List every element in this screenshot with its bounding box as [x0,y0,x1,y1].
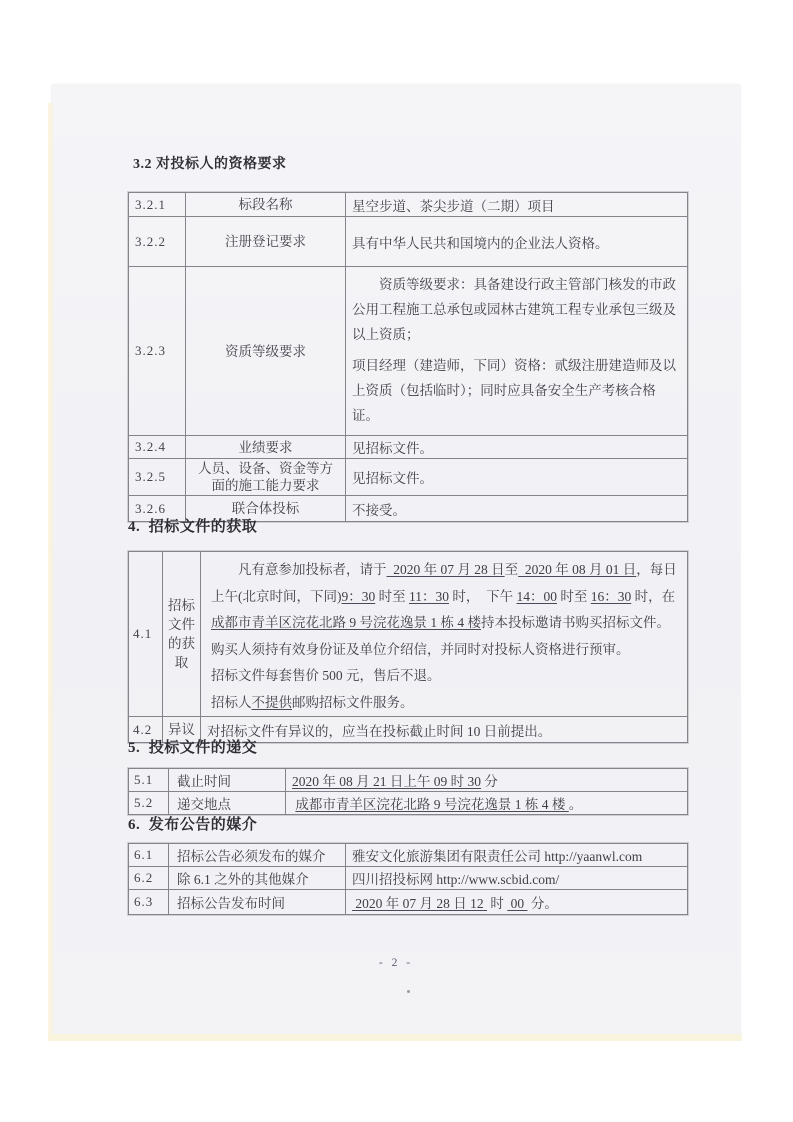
announcement-media-table: 6.1 招标公告必须发布的媒介 雅安文化旅游集团有限责任公司 http://ya… [128,843,688,915]
table-row: 3.2.3 资质等级要求 资质等级要求：具备建设行政主管部门核发的市政公用工程施… [129,267,688,436]
obtain-paragraph-3: 招标人不提供邮购招标文件服务。 [211,690,679,717]
table-row: 6.3 招标公告发布时间 2020 年 07 月 28 日 12 时 00 分。 [129,890,688,915]
qualification-paragraph-1: 资质等级要求：具备建设行政主管部门核发的市政公用工程施工总承包或园林古建筑工程专… [352,272,681,347]
table-row: 3.2.1 标段名称 星空步道、茶尖步道（二期）项目 [129,193,688,217]
row-label: 业绩要求 [186,436,346,459]
row-content: 资质等级要求：具备建设行政主管部门核发的市政公用工程施工总承包或园林古建筑工程专… [346,267,688,436]
section-3-2-heading: 3.2 对投标人的资格要求 [133,153,287,173]
table-row: 4.1 招标文件的获取 凡有意参加投标者，请于 2020 年 07 月 28 日… [129,552,688,717]
row-label: 注册登记要求 [186,217,346,267]
row-id: 3.2.1 [129,193,186,217]
row-id: 3.2.4 [129,436,186,459]
page-number: - 2 - [52,957,740,969]
document-obtaining-table: 4.1 招标文件的获取 凡有意参加投标者，请于 2020 年 07 月 28 日… [128,551,688,743]
row-content: 2020 年 07 月 28 日 12 时 00 分。 [346,890,688,915]
document-page: 3.2 对投标人的资格要求 3.2.1 标段名称 星空步道、茶尖步道（二期）项目… [52,85,740,1035]
row-label: 截止时间 [169,769,286,792]
row-content: 见招标文件。 [346,459,688,496]
row-label: 招标公告发布时间 [169,890,346,915]
scan-ink-speck [407,990,410,993]
table-row: 3.2.2 注册登记要求 具有中华人民共和国境内的企业法人资格。 [129,217,688,267]
row-id: 3.2.2 [129,217,186,267]
row-label: 招标文件的获取 [163,552,201,717]
row-content: 四川招投标网 http://www.scbid.com/ [346,867,688,890]
table-row: 6.2 除 6.1 之外的其他媒介 四川招投标网 http://www.scbi… [129,867,688,890]
row-id: 3.2.5 [129,459,186,496]
table-row: 5.1 截止时间 2020 年 08 月 21 日上午 09 时 30 分 [129,769,688,792]
row-id: 6.3 [129,890,169,915]
row-label: 标段名称 [186,193,346,217]
row-label: 招标公告必须发布的媒介 [169,844,346,867]
row-content: 对招标文件有异议的，应当在投标截止时间 10 日前提出。 [201,717,688,743]
row-label: 递交地点 [169,792,286,815]
row-id: 6.1 [129,844,169,867]
row-content: 见招标文件。 [346,436,688,459]
row-id: 6.2 [129,867,169,890]
row-label: 除 6.1 之外的其他媒介 [169,867,346,890]
section-6-heading: 6. 发布公告的媒介 [128,813,257,834]
row-content: 雅安文化旅游集团有限责任公司 http://yaanwl.com [346,844,688,867]
row-content: 凡有意参加投标者，请于 2020 年 07 月 28 日至 2020 年 08 … [201,552,688,717]
row-content: 具有中华人民共和国境内的企业法人资格。 [346,217,688,267]
row-content: 星空步道、茶尖步道（二期）项目 [346,193,688,217]
obtain-paragraph-1: 凡有意参加投标者，请于 2020 年 07 月 28 日至 2020 年 08 … [211,557,679,663]
bid-submission-table: 5.1 截止时间 2020 年 08 月 21 日上午 09 时 30 分 5.… [128,768,688,815]
row-label: 人员、设备、资金等方面的施工能力要求 [186,459,346,496]
bidder-qualification-table: 3.2.1 标段名称 星空步道、茶尖步道（二期）项目 3.2.2 注册登记要求 … [128,192,688,522]
row-label: 资质等级要求 [186,267,346,436]
table-row: 3.2.4 业绩要求 见招标文件。 [129,436,688,459]
row-id: 5.2 [129,792,169,815]
section-4-heading: 4. 招标文件的获取 [128,515,257,536]
row-id: 5.1 [129,769,169,792]
section-5-heading: 5. 投标文件的递交 [128,736,257,757]
table-row: 5.2 递交地点 成都市青羊区浣花北路 9 号浣花逸景 1 栋 4 楼 。 [129,792,688,815]
qualification-paragraph-2: 项目经理（建造师，下同）资格：贰级注册建造师及以上资质（包括临时）；同时应具备安… [352,353,681,428]
obtain-paragraph-2: 招标文件每套售价 500 元，售后不退。 [211,663,679,690]
row-id: 3.2.3 [129,267,186,436]
row-id: 4.1 [129,552,163,717]
row-content: 成都市青羊区浣花北路 9 号浣花逸景 1 栋 4 楼 。 [286,792,688,815]
table-row: 6.1 招标公告必须发布的媒介 雅安文化旅游集团有限责任公司 http://ya… [129,844,688,867]
row-content: 2020 年 08 月 21 日上午 09 时 30 分 [286,769,688,792]
row-content: 不接受。 [346,496,688,522]
table-row: 3.2.5 人员、设备、资金等方面的施工能力要求 见招标文件。 [129,459,688,496]
